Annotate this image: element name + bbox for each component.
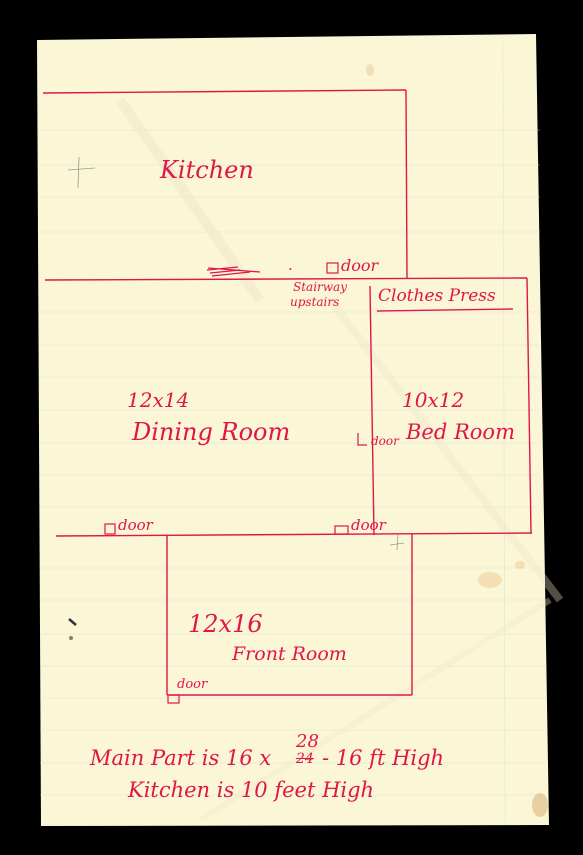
note-line-1-struck: 24 xyxy=(296,752,314,766)
note-line-1-prefix: Main Part is 16 x xyxy=(90,748,271,769)
front-room-door-label: door xyxy=(177,678,207,691)
kitchen-label: Kitchen xyxy=(160,158,254,182)
kitchen-door-label: door xyxy=(341,258,378,274)
crossed-out-text: . xyxy=(288,258,293,273)
dining-right-door-label: door xyxy=(351,518,386,533)
dining-room-dimensions: 12x14 xyxy=(127,390,189,410)
dining-left-door-label: door xyxy=(118,518,153,533)
note-line-1-suffix: - 16 ft High xyxy=(322,748,444,769)
closet-label: Clothes Press xyxy=(378,288,496,305)
bed-room-label: Bed Room xyxy=(406,422,515,443)
stairway-label-2: upstairs xyxy=(290,296,339,308)
front-room-dimensions: 12x16 xyxy=(188,612,263,636)
bed-room-dimensions: 10x12 xyxy=(402,390,464,410)
bed-room-door-label: door xyxy=(371,435,399,447)
dining-room-label: Dining Room xyxy=(132,420,290,444)
stairway-label-1: Stairway xyxy=(293,281,347,293)
note-line-1-correction: 28 xyxy=(296,733,319,751)
note-line-2: Kitchen is 10 feet High xyxy=(128,780,374,801)
front-room-label: Front Room xyxy=(232,645,347,664)
ink-dot xyxy=(69,636,73,640)
